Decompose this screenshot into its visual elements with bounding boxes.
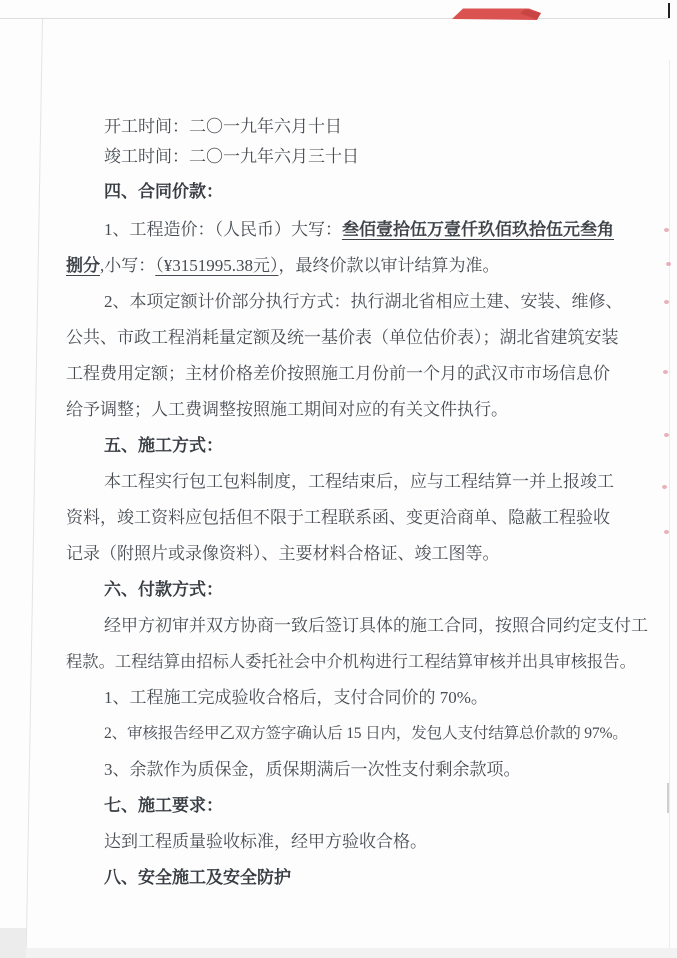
payment-term-1: 1、工程施工完成验收合格后，支付合同价的 70%。 bbox=[66, 680, 670, 716]
construction-method-line-2: 资料，竣工资料应包括但不限于工程联系函、变更洽商单、隐蔽工程验收 bbox=[66, 500, 670, 536]
construction-method-line-3: 记录（附照片或录像资料）、主要材料合格证、竣工图等。 bbox=[66, 536, 670, 572]
payment-intro-line-2: 程款。工程结算由招标人委托社会中介机构进行工程结算审核并出具审核报告。 bbox=[66, 644, 670, 680]
text-segment: （¥3151995.38元） bbox=[155, 256, 278, 275]
construction-method-line-1: 本工程实行包工包料制度，工程结束后，应与工程结算一并上报竣工 bbox=[66, 464, 670, 500]
pricing-method-line-1: 2、本项定额计价部分执行方式：执行湖北省相应土建、安装、维修、 bbox=[66, 284, 670, 320]
text-segment: 七、施工要求： bbox=[104, 796, 223, 815]
completion-date-line: 竣工时间：二〇一九年六月三十日 bbox=[66, 142, 670, 172]
text-segment: 工程费用定额；主材价格差价按照施工月份前一个月的武汉市市场信息价 bbox=[66, 364, 610, 383]
heading-safety: 八、安全施工及安全防护 bbox=[66, 860, 670, 896]
text-segment: 捌分 bbox=[66, 256, 100, 275]
pricing-method-line-4: 给予调整；人工费调整按照施工期间对应的有关文件执行。 bbox=[66, 392, 670, 428]
text-segment: 经甲方初审并双方协商一致后签订具体的施工合同，按照合同约定支付工 bbox=[104, 616, 648, 635]
pricing-method-line-2: 公共、市政工程消耗量定额及统一基价表（单位估价表）；湖北省建筑安装 bbox=[66, 320, 670, 356]
text-segment: 竣工时间：二〇一九年六月三十日 bbox=[104, 147, 359, 166]
scan-corner-tick bbox=[668, 3, 670, 18]
scan-bottom-shadow bbox=[0, 948, 677, 958]
text-segment: 八、安全施工及安全防护 bbox=[104, 868, 291, 887]
pricing-method-line-3: 工程费用定额；主材价格差价按照施工月份前一个月的武汉市市场信息价 bbox=[66, 356, 670, 392]
text-segment: ,小写： bbox=[100, 256, 155, 275]
price-figures-line: 捌分,小写：（¥3151995.38元），最终价款以审计结算为准。 bbox=[66, 248, 670, 284]
text-segment: 资料，竣工资料应包括但不限于工程联系函、变更洽商单、隐蔽工程验收 bbox=[66, 508, 610, 527]
payment-intro-line-1: 经甲方初审并双方协商一致后签订具体的施工合同，按照合同约定支付工 bbox=[66, 608, 670, 644]
scanned-contract-page: 开工时间：二〇一九年六月十日竣工时间：二〇一九年六月三十日四、合同价款：1、工程… bbox=[0, 0, 677, 958]
text-segment: 记录（附照片或录像资料）、主要材料合格证、竣工图等。 bbox=[66, 544, 500, 563]
scan-bottom-left-shadow bbox=[0, 928, 26, 958]
start-date-line: 开工时间：二〇一九年六月十日 bbox=[66, 112, 670, 142]
scan-edge-left-line bbox=[26, 18, 43, 958]
text-segment: 1、工程造价：（人民币）大写： bbox=[104, 220, 342, 239]
text-segment: 叁佰壹拾伍万壹仟玖佰玖拾伍元叁角 bbox=[342, 220, 614, 239]
heading-contract-price: 四、合同价款： bbox=[66, 172, 670, 212]
heading-construction-requirements: 七、施工要求： bbox=[66, 788, 670, 824]
text-segment: 公共、市政工程消耗量定额及统一基价表（单位估价表）；湖北省建筑安装 bbox=[66, 328, 619, 347]
text-segment: 本工程实行包工包料制度，工程结束后，应与工程结算一并上报竣工 bbox=[104, 472, 614, 491]
text-segment: 2、本项定额计价部分执行方式：执行湖北省相应土建、安装、维修、 bbox=[104, 292, 623, 311]
heading-payment-method: 六、付款方式： bbox=[66, 572, 670, 608]
text-segment: 2、审核报告经甲乙双方签字确认后 15 日内，发包人支付结算总价款的 97%。 bbox=[104, 725, 628, 742]
document-body: 开工时间：二〇一九年六月十日竣工时间：二〇一九年六月三十日四、合同价款：1、工程… bbox=[66, 112, 670, 896]
scan-edge-top-line bbox=[0, 18, 670, 19]
payment-term-2: 2、审核报告经甲乙双方签字确认后 15 日内，发包人支付结算总价款的 97%。 bbox=[66, 716, 670, 752]
text-segment: 程款。工程结算由招标人委托社会中介机构进行工程结算审核并出具审核报告。 bbox=[66, 652, 636, 671]
price-words-line: 1、工程造价：（人民币）大写：叁佰壹拾伍万壹仟玖佰玖拾伍元叁角 bbox=[66, 212, 670, 248]
text-segment: 五、施工方式： bbox=[104, 436, 223, 455]
text-segment: 四、合同价款： bbox=[104, 182, 223, 201]
payment-term-3: 3、余款作为质保金，质保期满后一次性支付剩余款项。 bbox=[66, 752, 670, 788]
text-segment: 3、余款作为质保金，质保期满后一次性支付剩余款项。 bbox=[104, 760, 521, 779]
text-segment: 1、工程施工完成验收合格后，支付合同价的 70%。 bbox=[104, 688, 488, 707]
text-segment: 达到工程质量验收标准，经甲方验收合格。 bbox=[104, 832, 427, 851]
heading-construction-method: 五、施工方式： bbox=[66, 428, 670, 464]
text-segment: 开工时间：二〇一九年六月十日 bbox=[104, 117, 342, 136]
red-stroke-mark bbox=[440, 0, 550, 26]
text-segment: 给予调整；人工费调整按照施工期间对应的有关文件执行。 bbox=[66, 400, 508, 419]
text-segment: 六、付款方式： bbox=[104, 580, 223, 599]
construction-requirements-line: 达到工程质量验收标准，经甲方验收合格。 bbox=[66, 824, 670, 860]
text-segment: ，最终价款以审计结算为准。 bbox=[279, 256, 500, 275]
